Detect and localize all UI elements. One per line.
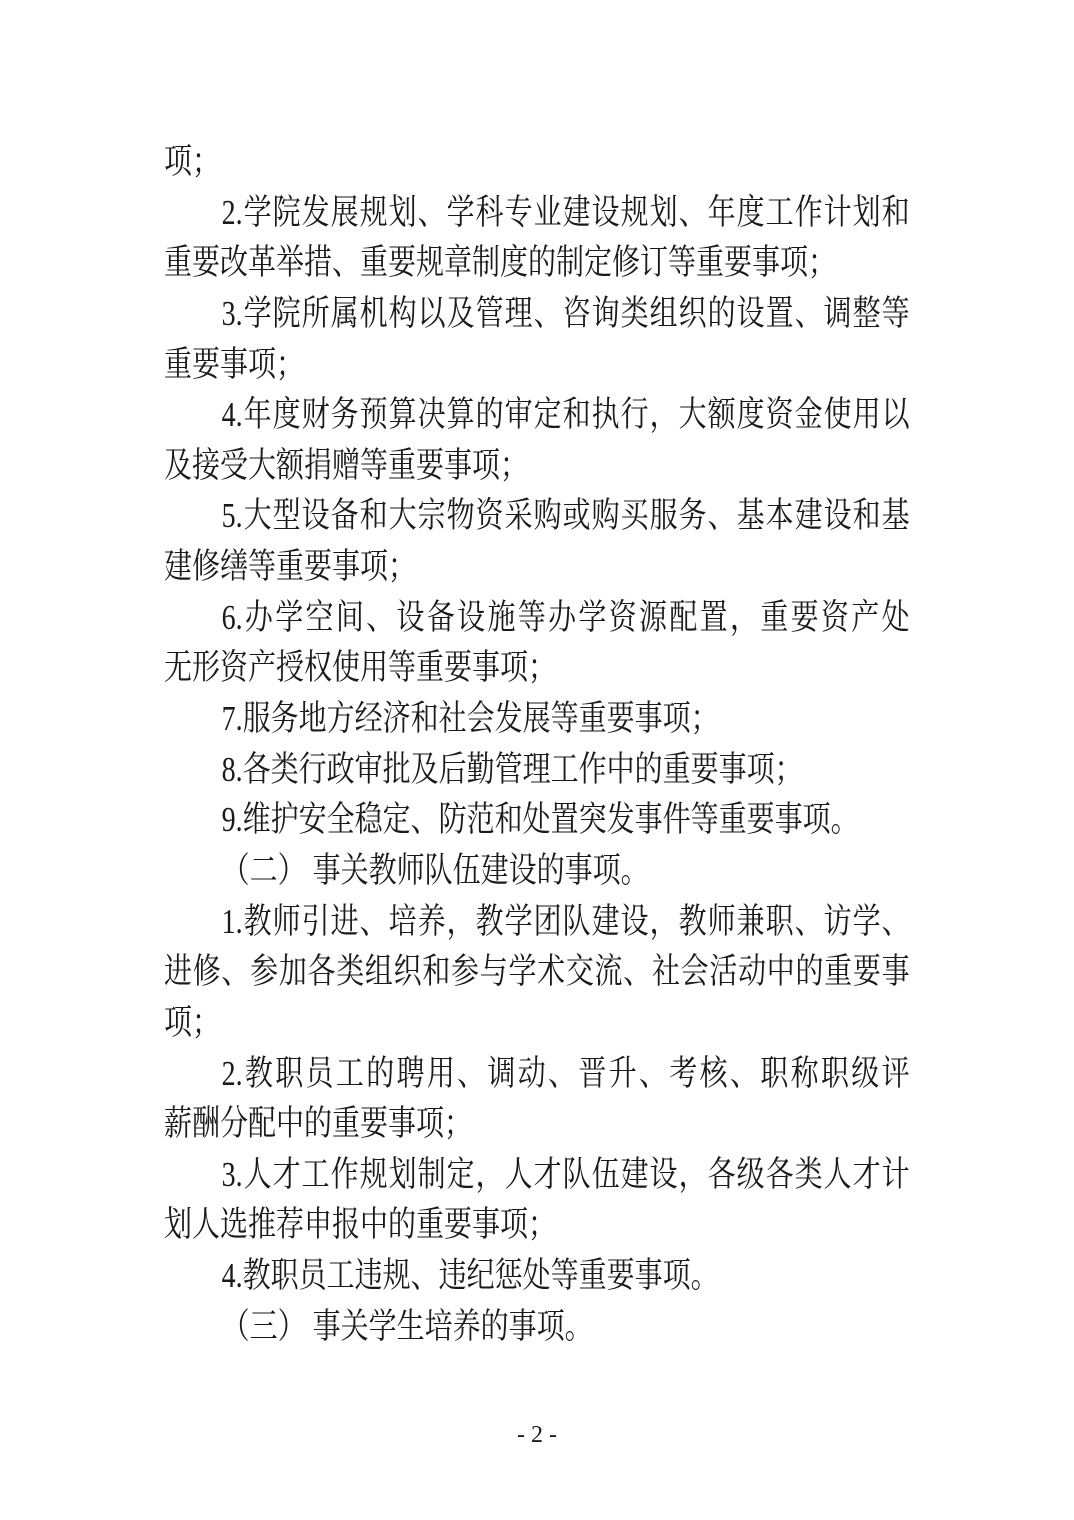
text-line: 划人选推荐申报中的重要事项；	[164, 1200, 910, 1251]
text-line: 无形资产授权使用等重要事项；	[164, 643, 910, 694]
section-heading-line: （二） 事关教师队伍建设的事项。	[164, 846, 910, 897]
text-line: 6.办学空间、设备设施等办学资源配置，重要资产处置，	[164, 593, 910, 644]
text-line: 薪酬分配中的重要事项；	[164, 1099, 910, 1150]
text-line: 3.学院所属机构以及管理、咨询类组织的设置、调整等	[164, 289, 910, 340]
section-heading-line: （三） 事关学生培养的事项。	[164, 1302, 910, 1353]
text-line: 项；	[164, 137, 910, 188]
text-line: 重要事项；	[164, 340, 910, 391]
text-line: 7.服务地方经济和社会发展等重要事项；	[164, 694, 910, 745]
text-line: 重要改革举措、重要规章制度的制定修订等重要事项；	[164, 238, 910, 289]
text-line: 8.各类行政审批及后勤管理工作中的重要事项；	[164, 745, 910, 796]
text-line: 进修、参加各类组织和参与学术交流、社会活动中的重要事	[164, 947, 910, 998]
text-line: 5.大型设备和大宗物资采购或购买服务、基本建设和基	[164, 491, 910, 542]
text-line: 3.人才工作规划制定，人才队伍建设，各级各类人才计	[164, 1150, 910, 1201]
text-line: 及接受大额捐赠等重要事项；	[164, 441, 910, 492]
text-line: 2.学院发展规划、学科专业建设规划、年度工作计划和	[164, 188, 910, 239]
page-number: - 2 -	[517, 1422, 557, 1448]
text-line: 9.维护安全稳定、防范和处置突发事件等重要事项。	[164, 795, 910, 846]
text-line: 4.年度财务预算决算的审定和执行，大额度资金使用以	[164, 390, 910, 441]
text-line: 4.教职员工违规、违纪惩处等重要事项。	[164, 1251, 910, 1302]
page-footer: - 2 -	[0, 1419, 1074, 1451]
text-line: 建修缮等重要事项；	[164, 542, 910, 593]
document-page: 项； 2.学院发展规划、学科专业建设规划、年度工作计划和 重要改革举措、重要规章…	[0, 0, 1074, 1520]
text-line: 2.教职员工的聘用、调动、晋升、考核、职称职级评定、	[164, 1049, 910, 1100]
text-line: 1.教师引进、培养，教学团队建设，教师兼职、访学、	[164, 897, 910, 948]
document-body: 项； 2.学院发展规划、学科专业建设规划、年度工作计划和 重要改革举措、重要规章…	[164, 137, 910, 1352]
text-line: 项；	[164, 998, 910, 1049]
